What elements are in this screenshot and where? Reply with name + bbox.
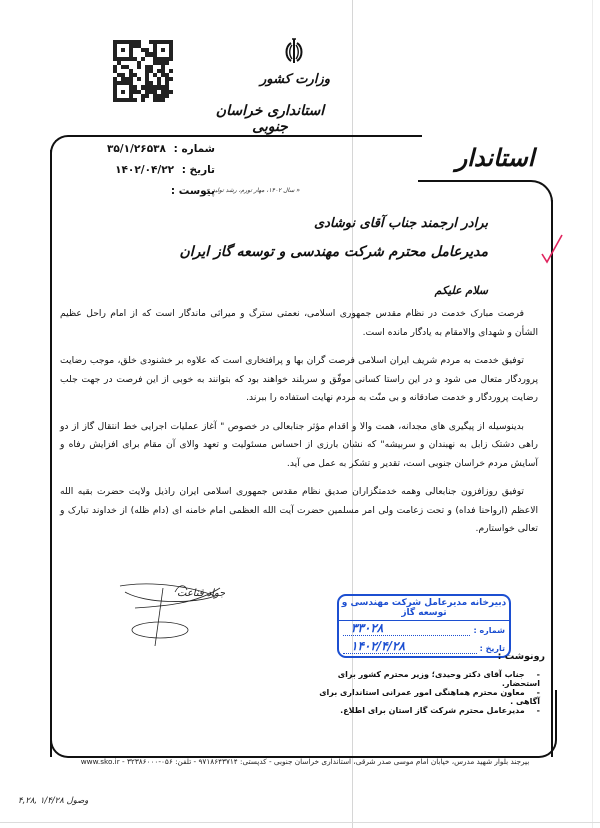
letter-date: تاریخ : ۱۴۰۲/۰۴/۲۲ xyxy=(70,164,215,176)
addressee-line-1: برادر ارجمند جناب آقای نوشادی xyxy=(314,216,488,231)
letter-frame-left xyxy=(50,150,52,710)
stamp-title: دبیرخانه مدیرعامل شرکت مهندسی و توسعه گا… xyxy=(339,596,509,621)
signature-name: جواد قناعت xyxy=(177,588,225,599)
addressee-line-2: مدیرعامل محترم شرکت مهندسی و توسعه گاز ا… xyxy=(179,244,488,260)
greeting: سلام علیکم xyxy=(435,284,488,297)
province-office-name: استانداری خراسان جنوبی xyxy=(200,103,340,135)
cc-label: رونوشت : xyxy=(470,651,545,662)
footer-address: بیرجند بلوار شهید مدرس، خیابان امام موسی… xyxy=(75,757,535,766)
ministry-name: وزارت کشور xyxy=(240,72,350,87)
stamp-number-row: شماره : ۳۳۰۲۸ xyxy=(339,621,509,639)
letter-frame-right xyxy=(551,200,553,710)
iran-emblem-icon xyxy=(283,37,305,65)
qr-code-icon xyxy=(113,40,173,102)
body-paragraph: فرصت مبارک خدمت در نظام مقدس جمهوری اسلا… xyxy=(60,305,538,342)
stamp-number-value: ۳۳۰۲۸ xyxy=(351,621,383,635)
body-paragraph: توفیق خدمت به مردم شریف ایران اسلامی فرص… xyxy=(60,352,538,408)
body-paragraph: توفیق روزافزون جنابعالی وهمه خدمتگزاران … xyxy=(60,483,538,539)
cc-item: جناب آقای دکتر وحیدی؛ وزیر محترم کشور بر… xyxy=(300,670,540,688)
letter-number-label: شماره : xyxy=(174,143,215,155)
body-paragraph: بدینوسیله از پیگیری های مجدانه، همت والا… xyxy=(60,418,538,474)
signature-icon: جواد قناعت xyxy=(115,578,225,648)
letter-number: شماره : ۳۵/۱/۲۶۵۳۸ xyxy=(70,143,215,155)
letter-body: فرصت مبارک خدمت در نظام مقدس جمهوری اسلا… xyxy=(60,305,538,549)
stamp-date-value: ۱۴۰۲/۴/۲۸ xyxy=(351,639,405,653)
stamp-number-label: شماره : xyxy=(473,626,505,635)
check-mark-icon xyxy=(540,232,564,266)
secretariat-stamp: دبیرخانه مدیرعامل شرکت مهندسی و توسعه گا… xyxy=(337,594,511,658)
received-note: وصول ۱/۴/۲۸ ,۴,۲۸ xyxy=(18,796,108,806)
governor-title: استاندار xyxy=(440,143,550,172)
cc-list: جناب آقای دکتر وحیدی؛ وزیر محترم کشور بر… xyxy=(300,670,540,724)
cc-item: معاون محترم هماهنگی امور عمرانی استاندار… xyxy=(300,688,540,706)
letter-date-value: ۱۴۰۲/۰۴/۲۲ xyxy=(115,164,174,176)
year-slogan: « سال ۱۴۰۲، مهار تورم، رشد تولید » xyxy=(160,187,300,194)
paper-edge-bottom xyxy=(0,822,600,823)
letter-date-label: تاریخ : xyxy=(182,164,215,176)
cc-item: مدیرعامل محترم شرکت گاز استان برای اطلاع… xyxy=(300,706,540,724)
paper-edge xyxy=(592,0,593,828)
letter-number-value: ۳۵/۱/۲۶۵۳۸ xyxy=(107,143,166,155)
